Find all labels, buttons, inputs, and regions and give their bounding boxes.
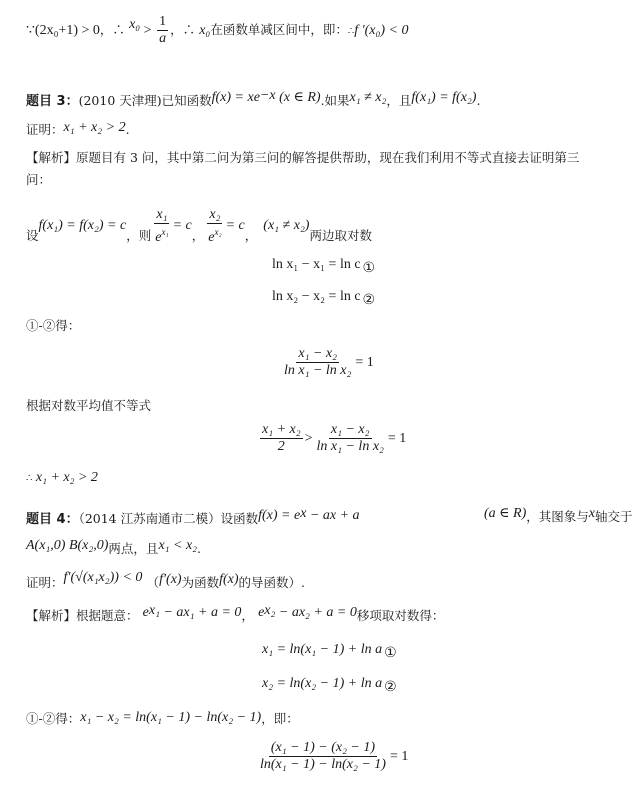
problem4-equation-2: x₂ = ln(x₂ − 1) + ln a② [262,676,397,695]
ineq-left-frac: x₁ + x₂2 [260,422,303,455]
fx: f(x) [219,572,238,587]
ineq-eq: = 1 [388,431,406,447]
log-mean-ineq-text: 根据对数平均值不等式 [26,398,151,415]
prove-label: 证明： [26,122,64,137]
problem3-and: ，且 [386,93,411,108]
final-frac: (x₁ − 1) − (x₂ − 1)ln(x₁ − 1) − ln(x₂ − … [258,740,388,773]
problem4-domain: (a ∈ R) [484,506,526,521]
subtract-label: ①-②得： [26,318,80,335]
eq-c-2: = c [226,218,245,234]
problem4-text1: ，其图象与 [526,509,589,524]
problem4-label: 题目 4： [26,512,79,527]
prove-statement: x₁ + x₂ > 2 [64,120,126,135]
problem4-text2: 轴交于 [595,509,633,524]
problem3-cond-text: .如果 [321,93,350,108]
equation-2: ln x₂ − x₂ = ln c② [272,289,375,308]
ineq-right-frac: x₁ − x₂ln x₁ − ln x₂ [315,422,386,455]
intro-result: f '(x₀) < 0 [354,23,408,38]
result-frac: x₁ − x₂ln x₁ − ln x₂ [282,346,353,379]
comma-1: ， [192,228,205,244]
p4-subtract-label: ①-②得： [26,711,80,726]
prove-label-4: 证明： [26,575,64,590]
fraction-1: x₁ex₁ [153,207,170,246]
equation-1: ln x₁ − x₁ = ln c① [272,257,375,276]
eq-c-1: = c [173,218,192,234]
p4-subtract-end: ，即： [261,711,299,726]
problem4-cond: x₁ < x₂ [158,538,197,553]
eqA-sup: x₁ [149,603,160,618]
intro-x0: x₀ [129,17,140,32]
eq2-text: ln x₂ − x₂ = ln c [272,289,361,304]
problem4-prove: 证明：f′(√(x₁x₂)) < 0 （f′(x)为函数f(x)的导函数）. [26,570,305,592]
problem3-let-line: 设 f(x₁) = f(x₂) = c ，则 x₁ex₁ = c ， x₂ex₂… [26,208,372,244]
problem3-cond1: x₁ ≠ x₂ [350,90,387,105]
problem3-conclusion: ∴ x₁ + x₂ > 2 [26,470,98,487]
fraction-2: x₂ex₂ [206,207,223,246]
analysis-text-cont: 问： [26,172,51,187]
comma-4: ， [241,608,254,623]
problem4-header: 题目 4：（2014 江苏南通市二模）设函数f(x) = ex − ax + a [26,506,360,528]
fprime: f′(x) [159,572,182,587]
result-fraction: x₁ − x₂ln x₁ − ln x₂ = 1 [280,346,374,379]
analysis-text: 原题目有 3 问，其中第二问为第三问的解答提供帮助，现在我们利用不等式直接去证明… [76,150,579,165]
eqB-rest: − ax₂ + a = 0 [275,605,356,620]
problem3-end: . [476,93,480,108]
eq1-text: ln x₁ − x₁ = ln c [272,257,361,272]
p4-circle-1-marker: ① [384,645,397,661]
problem3-function: f(x) = xe [212,90,260,105]
eqB-sup: x₂ [264,603,275,618]
final-eq: = 1 [390,749,408,765]
intro-line: ∵(2x₀+1) > 0，∴ x₀ > 1a，∴ x₀在函数单减区间中，即：∴f… [26,14,408,47]
ineq-gt: > [305,431,313,447]
problem4-source: （2014 江苏南通市二模）设函数 [79,511,259,526]
take-log-text: 两边取对数 [309,228,372,244]
intro-fraction: 1a [157,14,168,47]
analysis-label: 【解析】 [26,150,76,165]
problem4-end: . [197,541,201,556]
points-ab: A(x₁,0) B(x₂,0) [26,538,108,553]
problem4-equation-1: x₁ = ln(x₁ − 1) + ln a① [262,642,397,661]
subtract-text: ①-②得： [26,318,80,333]
circle-1-marker: ① [363,260,376,276]
paren-text2: 的导函数）. [239,575,305,590]
problem3-domain: (x ∈ R) [276,90,321,105]
shift-text: 移项取对数得： [357,608,445,623]
p4-circle-2-marker: ② [384,679,397,695]
p4-subtract-eq: x₁ − x₂ = ln(x₁ − 1) − ln(x₂ − 1) [80,710,261,725]
let-label: 设 [26,228,39,244]
paren-open: （ [147,575,160,590]
analysis-label-4: 【解析】 [26,608,76,623]
result-eq: = 1 [355,355,373,371]
log-mean-inequality: x₁ + x₂2 > x₁ − x₂ln x₁ − ln x₂ = 1 [258,422,406,455]
problem4-points: A(x₁,0) B(x₂,0)两点，且x₁ < x₂. [26,538,201,558]
problem3-prove: 证明：x₁ + x₂ > 2. [26,120,130,139]
problem3-cond2: f(x₁) = f(x₂) [411,90,476,105]
conclusion-text: x₁ + x₂ > 2 [32,470,98,485]
problem4-header-right: (a ∈ R)，其图象与x轴交于 [484,506,633,526]
prove-end: . [126,122,130,137]
condition-neq: (x₁ ≠ x₂) [263,218,309,234]
problem4-subtract: ①-②得：x₁ − x₂ = ln(x₁ − 1) − ln(x₂ − 1)，即… [26,710,299,728]
problem3-analysis-cont: 问： [26,172,51,189]
problem4-func-rest: − ax + a [306,508,359,523]
problem4-function: f(x) = e [258,508,300,523]
circle-2-marker: ② [363,292,376,308]
intro-condition: ∵(2x₀+1) > 0 [26,23,100,38]
intro-sep: ，∴ [100,22,125,37]
p4-eq1-text: x₁ = ln(x₁ − 1) + ln a [262,642,382,657]
intro-text: 在函数单减区间中，即： [210,22,348,37]
intro-sep2: ，∴ [170,22,195,37]
paren-text1: 为函数 [182,575,220,590]
intro-x0b: x₀ [199,23,210,38]
eqA-rest: − ax₁ + a = 0 [160,605,241,620]
analysis-text-4: 根据题意： [76,608,139,623]
points-text: 两点，且 [108,541,158,556]
problem4-analysis: 【解析】根据题意： ex₁ − ax₁ + a = 0， ex₂ − ax₂ +… [26,603,444,625]
problem3-label: 题目 3： [26,94,79,109]
intro-gt: > [140,23,155,38]
problem3-analysis: 【解析】原题目有 3 问，其中第二问为第三问的解答提供帮助，现在我们利用不等式直… [26,150,579,167]
problem3-source: (2010 天津理)已知函数 [79,93,212,108]
p4-eq2-text: x₂ = ln(x₂ − 1) + ln a [262,676,382,691]
problem3-header: 题目 3：(2010 天津理)已知函数f(x) = xe−x (x ∈ R).如… [26,88,480,110]
problem3-func-sup: −x [260,88,276,103]
by-ineq-text: 根据对数平均值不等式 [26,398,151,413]
prove-statement-4: f′(√(x₁x₂)) < 0 [64,570,143,585]
then-text: ，则 [126,228,151,244]
problem4-final-fraction: (x₁ − 1) − (x₂ − 1)ln(x₁ − 1) − ln(x₂ − … [256,740,408,773]
comma-2: ， [245,228,258,244]
let-equation: f(x₁) = f(x₂) = c [39,218,127,234]
